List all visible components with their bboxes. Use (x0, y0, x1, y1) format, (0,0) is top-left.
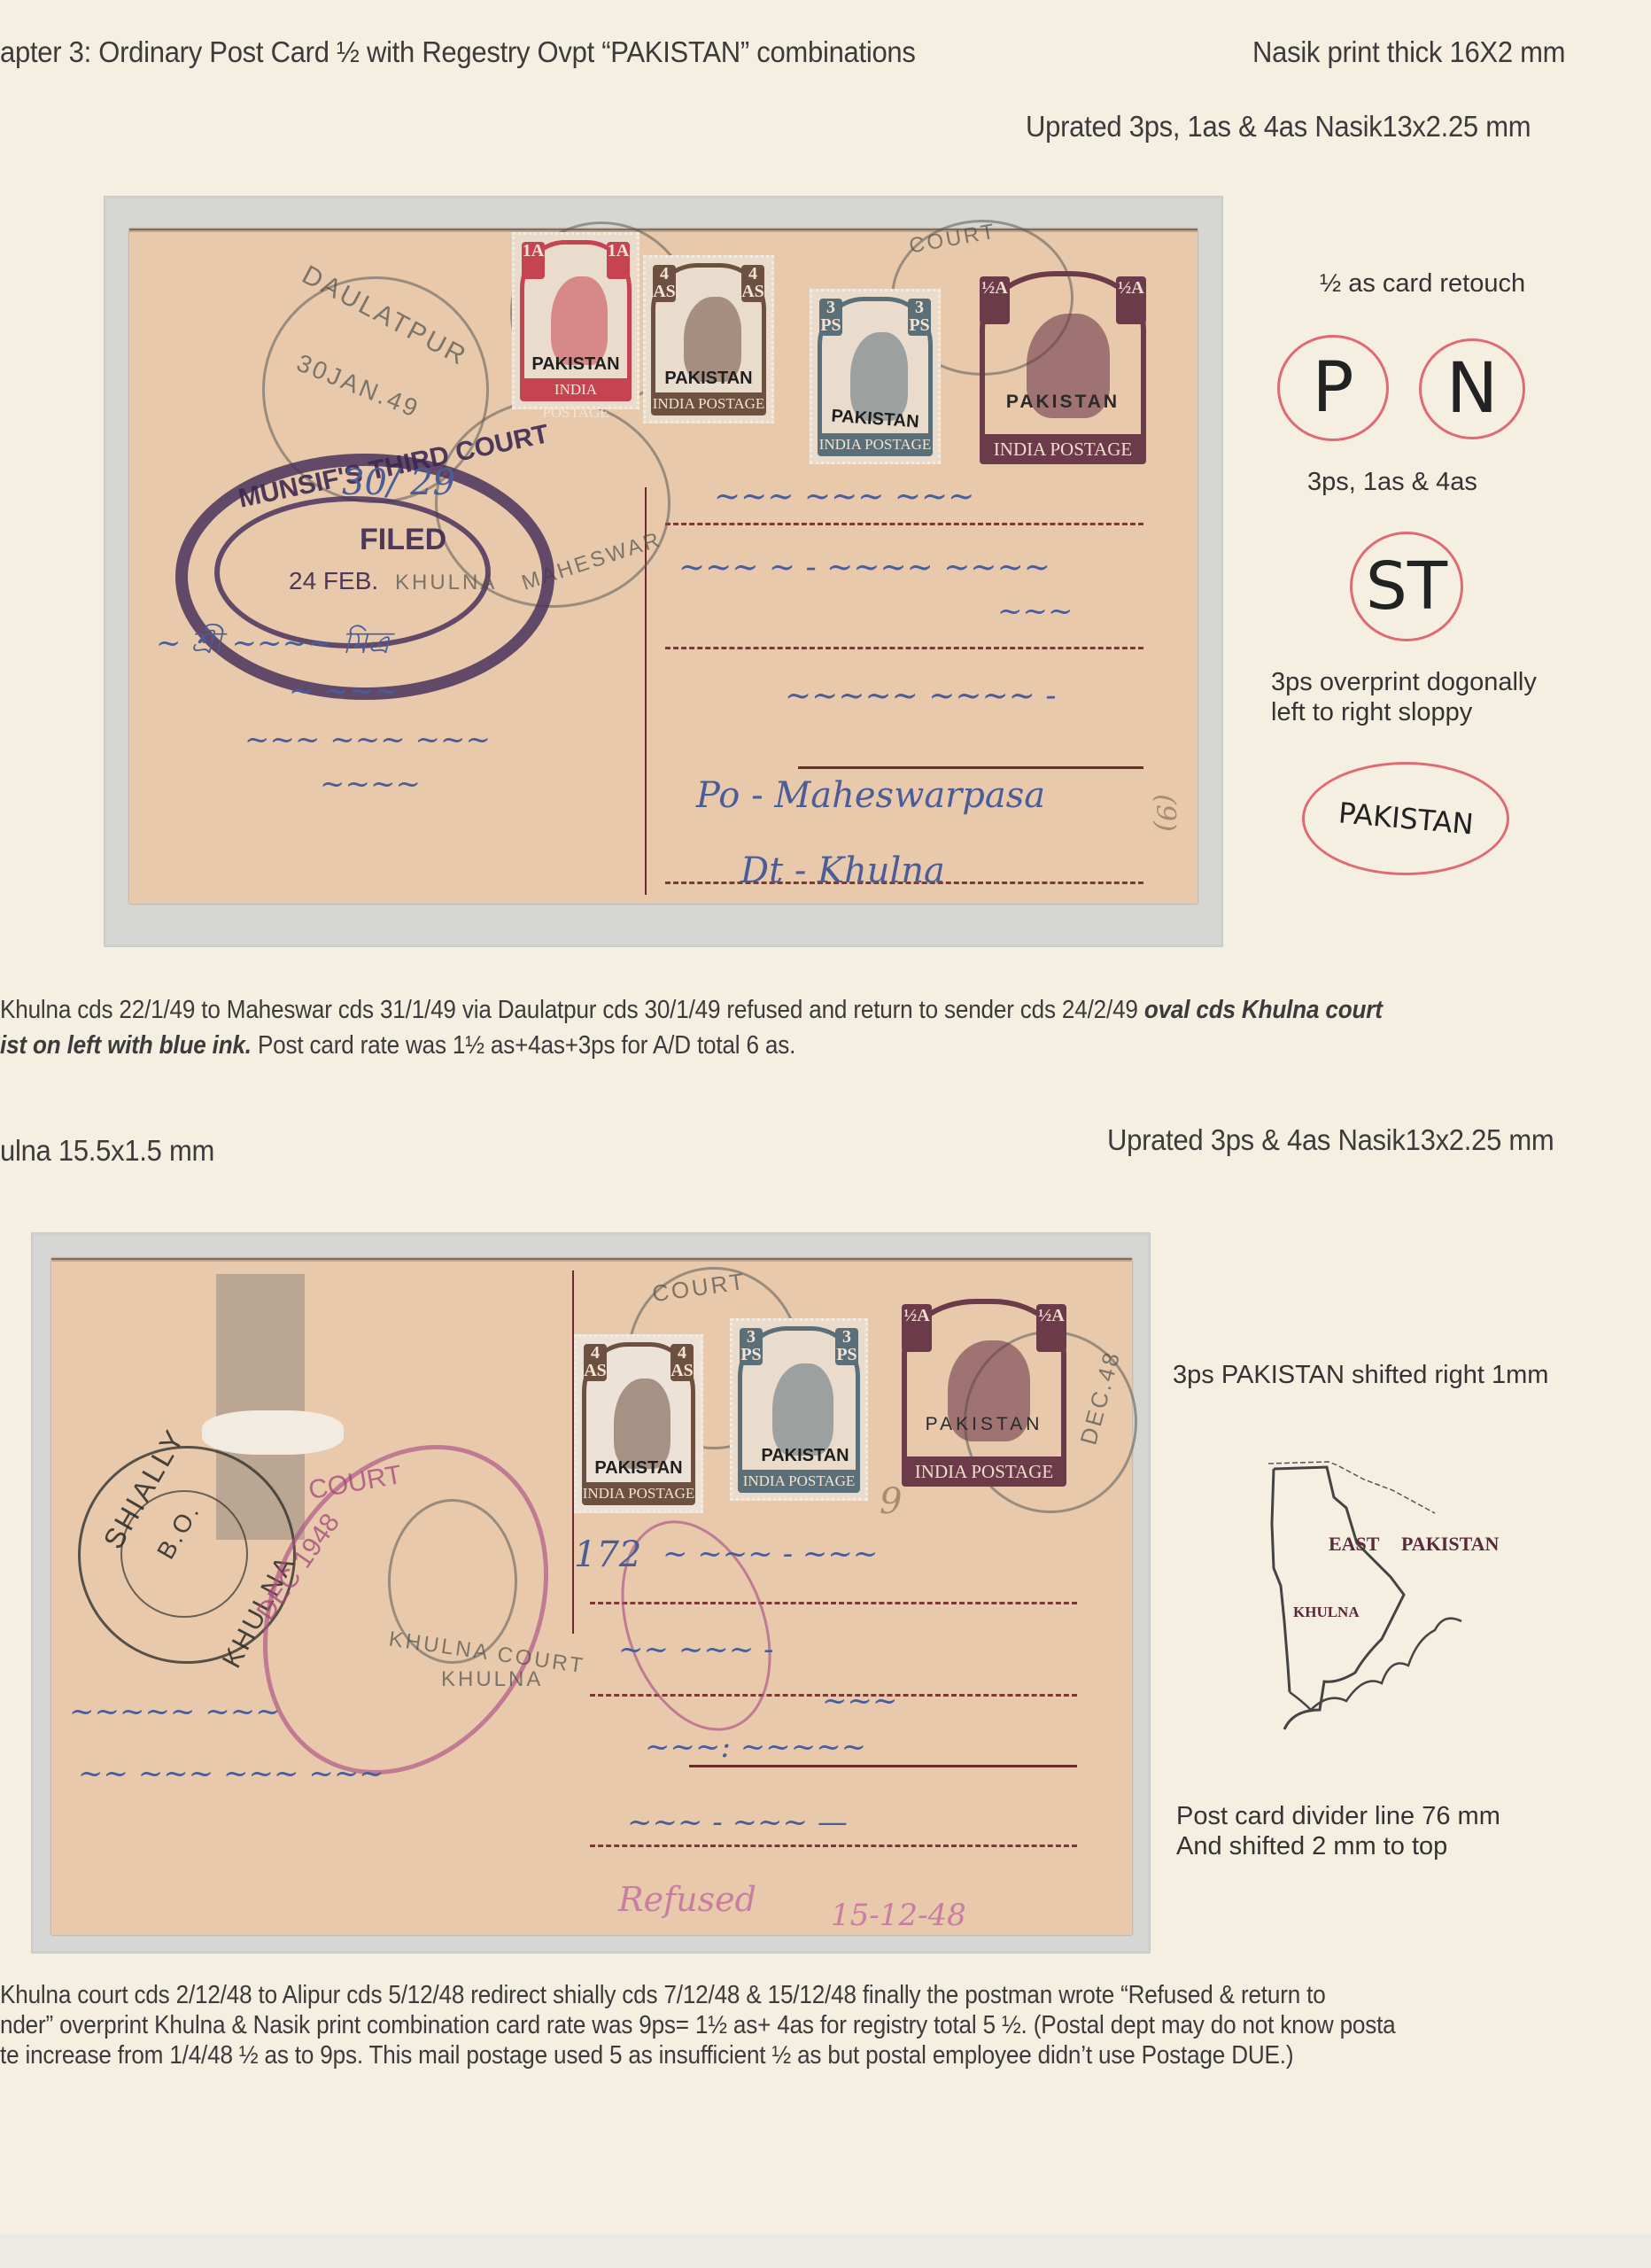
sender-address-line: ~~~~~ ~~~ (69, 1694, 281, 1729)
stamp-value: ½A (1116, 276, 1146, 324)
card1-caption-line1: Khulna cds 22/1/49 to Maheswar cds 31/1/… (0, 996, 1383, 1025)
address-line (689, 1765, 1077, 1767)
overprint-sample-oval: PAKISTAN (1302, 762, 1509, 875)
east-pakistan-map-icon (1258, 1444, 1523, 1754)
stamp-banner: INDIA POSTAGE (980, 434, 1146, 464)
card2-uprated-note: Uprated 3ps & 4as Nasik13x2.25 mm (1107, 1123, 1554, 1157)
munsif-court-date: 24 FEB. (289, 567, 378, 595)
king-george-portrait-icon (551, 276, 608, 366)
stamp-overprint: PAKISTAN (646, 369, 771, 389)
album-page: apter 3: Ordinary Post Card ½ with Reges… (0, 0, 1651, 2234)
postcard-1: DAULATPUR 30JAN.49 MAHESWAR COURT MUNSIF… (129, 229, 1198, 904)
address-line (665, 523, 1143, 525)
stamp-4-annas-brown: 4 AS 4 AS PAKISTAN INDIA POSTAGE (643, 255, 774, 423)
card2-caption-line2: nder” overprint Khulna & Nasik print com… (0, 2011, 1396, 2040)
stamp-value: 3 PS (835, 1328, 858, 1365)
stamp-value: 4 AS (670, 1344, 694, 1381)
side-mark: (9) (1150, 794, 1181, 832)
stamp-banner: INDIA POSTAGE (582, 1482, 695, 1505)
khulna-text: KHULNA (441, 1667, 543, 1692)
stamp-banner: INDIA POSTAGE (651, 392, 766, 416)
half-anna-imprinted-stamp: ½A ½A PAKISTAN INDIA POSTAGE (902, 1299, 1066, 1487)
khulna-court-postmark-text: KHULNA (395, 571, 497, 595)
stamp-value: 4 AS (584, 1344, 607, 1381)
stamp-overprint: PAKISTAN (577, 1458, 701, 1479)
recipient-address-line: ~~~ ~~~ ~~~ (714, 478, 974, 515)
sender-address-line: ~~~ ~~~ ~~~ (244, 722, 491, 757)
stamp-value: 4 AS (741, 265, 764, 302)
stamp-value: 3 PS (819, 299, 842, 336)
munsif-court-filed: FILED (360, 523, 446, 557)
card1-caption-line2: ist on left with blue ink. Post card rat… (0, 1031, 795, 1060)
caption-text: Post card rate was 1½ as+4as+3ps for A/D… (252, 1031, 795, 1060)
king-george-portrait-icon (772, 1363, 833, 1456)
map-label-pakistan: PAKISTAN (1401, 1533, 1499, 1556)
refused-endorsement: Refused (618, 1880, 756, 1919)
stamp-3-pies-slate: 3 PS 3 PS PAKISTAN INDIA POSTAGE (810, 289, 941, 464)
address-line (798, 766, 1143, 769)
card2-khulna-note: ulna 15.5x1.5 mm (0, 1134, 214, 1168)
stamp-value: 1A (522, 242, 545, 279)
retouch-label: ½ as card retouch (1320, 269, 1525, 299)
handwritten-mark: 9 (880, 1481, 902, 1522)
registration-number: 172 (574, 1534, 641, 1575)
recipient-address-line: ~~ ~~~ - (618, 1632, 774, 1667)
stamp-overprint: PAKISTAN (980, 392, 1146, 413)
stamp-value: ½A (1036, 1304, 1066, 1352)
card1-uprated-note: Uprated 3ps, 1as & 4as Nasik13x2.25 mm (1026, 110, 1531, 144)
recipient-address-line: ~~~~~ ~~~~ - (785, 678, 1057, 714)
sender-address-line: ~~ ~~~ ~~~ ~~~ (78, 1756, 384, 1791)
caption-emphasis: ist on left with blue ink. (0, 1031, 252, 1060)
overprint-sample: PAKISTAN (1337, 796, 1474, 841)
postcard-2: SHIALLY B.O. KHULNA COURT DEC 1948 KHULN… (51, 1258, 1132, 1935)
address-line (590, 1845, 1077, 1847)
recipient-address-line: ~~~ (822, 1683, 897, 1719)
overprint-note-line2: left to right sloppy (1271, 698, 1472, 727)
stamp-value: 3 PS (740, 1328, 763, 1365)
address-line (665, 647, 1143, 649)
recipient-district-line: Dt - Khulna (740, 850, 945, 891)
recipient-address-line: ~~~ (997, 594, 1073, 629)
handwritten-note: 30/ 29 (342, 462, 455, 503)
retouch-letter-n-circle: N (1419, 338, 1525, 439)
stamp-overprint: PAKISTAN (515, 354, 637, 375)
recipient-po-line: Po - Maheswarpasa (696, 775, 1045, 816)
retouch-letter: N (1446, 349, 1498, 429)
stamp-banner: INDIA POSTAGE (738, 1470, 860, 1493)
stamp-3-pies-slate: 3 PS 3 PS PAKISTAN INDIA POSTAGE (730, 1318, 868, 1501)
stamp-overprint: PAKISTAN (902, 1414, 1066, 1435)
stamp-value: 4 AS (653, 265, 676, 302)
map-label-east: EAST (1329, 1533, 1379, 1556)
stamp-banner: INDIA POSTAGE (520, 378, 632, 401)
stamp-banner: INDIA POSTAGE (902, 1456, 1066, 1487)
stamp-value: ½A (980, 276, 1010, 324)
nasik-print-note: Nasik print thick 16X2 mm (1252, 35, 1565, 69)
stamp-1-anna-red: 1A 1A PAKISTAN INDIA POSTAGE (512, 232, 639, 409)
caption-emphasis: oval cds Khulna court (1144, 996, 1383, 1024)
stamps-letters-st-circle: ST (1350, 532, 1463, 641)
refused-date: 15-12-48 (831, 1898, 966, 1933)
retouch-letter-p-circle: P (1277, 335, 1389, 441)
stamp-banner: INDIA POSTAGE (818, 433, 933, 456)
stamp-value: 3 PS (908, 299, 931, 336)
map-label-khulna: KHULNA (1293, 1604, 1360, 1621)
sender-address-line: ~~~~ (320, 766, 421, 802)
king-george-portrait-icon (614, 1379, 670, 1469)
recipient-address-line: ~~~ - ~~~ — (627, 1805, 848, 1840)
card2-caption-line1: Khulna court cds 2/12/48 to Alipur cds 5… (0, 1981, 1326, 2010)
stamp-4-annas-brown: 4 AS 4 AS PAKISTAN INDIA POSTAGE (574, 1334, 703, 1513)
stamps-letters: ST (1366, 548, 1447, 625)
recipient-address-line: ~ ~~~ - ~~~ (663, 1536, 878, 1572)
overprint-note-line1: 3ps overprint dogonally (1271, 668, 1537, 697)
stamp-value: 1A (607, 242, 630, 279)
caption-text: Khulna cds 22/1/49 to Maheswar cds 31/1/… (0, 996, 1144, 1024)
recipient-address-line: ~~~: ~~~~~ (645, 1729, 866, 1765)
divider-note-line1: Post card divider line 76 mm (1176, 1802, 1500, 1831)
stamp-value: ½A (902, 1304, 932, 1352)
stamps-label: 3ps, 1as & 4as (1307, 468, 1477, 497)
stamp-overprint: PAKISTAN (745, 1446, 865, 1466)
recipient-address-line: ~~~ ~ - ~~~~ ~~~~ (678, 549, 1050, 586)
card2-caption-line3: te increase from 1/4/48 ½ as to 9ps. Thi… (0, 2041, 1293, 2070)
sender-address-line: ~ ~~~ (289, 673, 399, 709)
sender-address-line: ~ শ্রী ~~~~ মিত্র (156, 620, 390, 671)
chapter-title: apter 3: Ordinary Post Card ½ with Reges… (0, 35, 916, 69)
paper-tear (202, 1410, 344, 1455)
shift-note: 3ps PAKISTAN shifted right 1mm (1173, 1361, 1548, 1390)
half-anna-imprinted-stamp: ½A ½A PAKISTAN INDIA POSTAGE (980, 271, 1146, 464)
divider-note-line2: And shifted 2 mm to top (1176, 1832, 1447, 1861)
retouch-letter: P (1312, 348, 1353, 428)
